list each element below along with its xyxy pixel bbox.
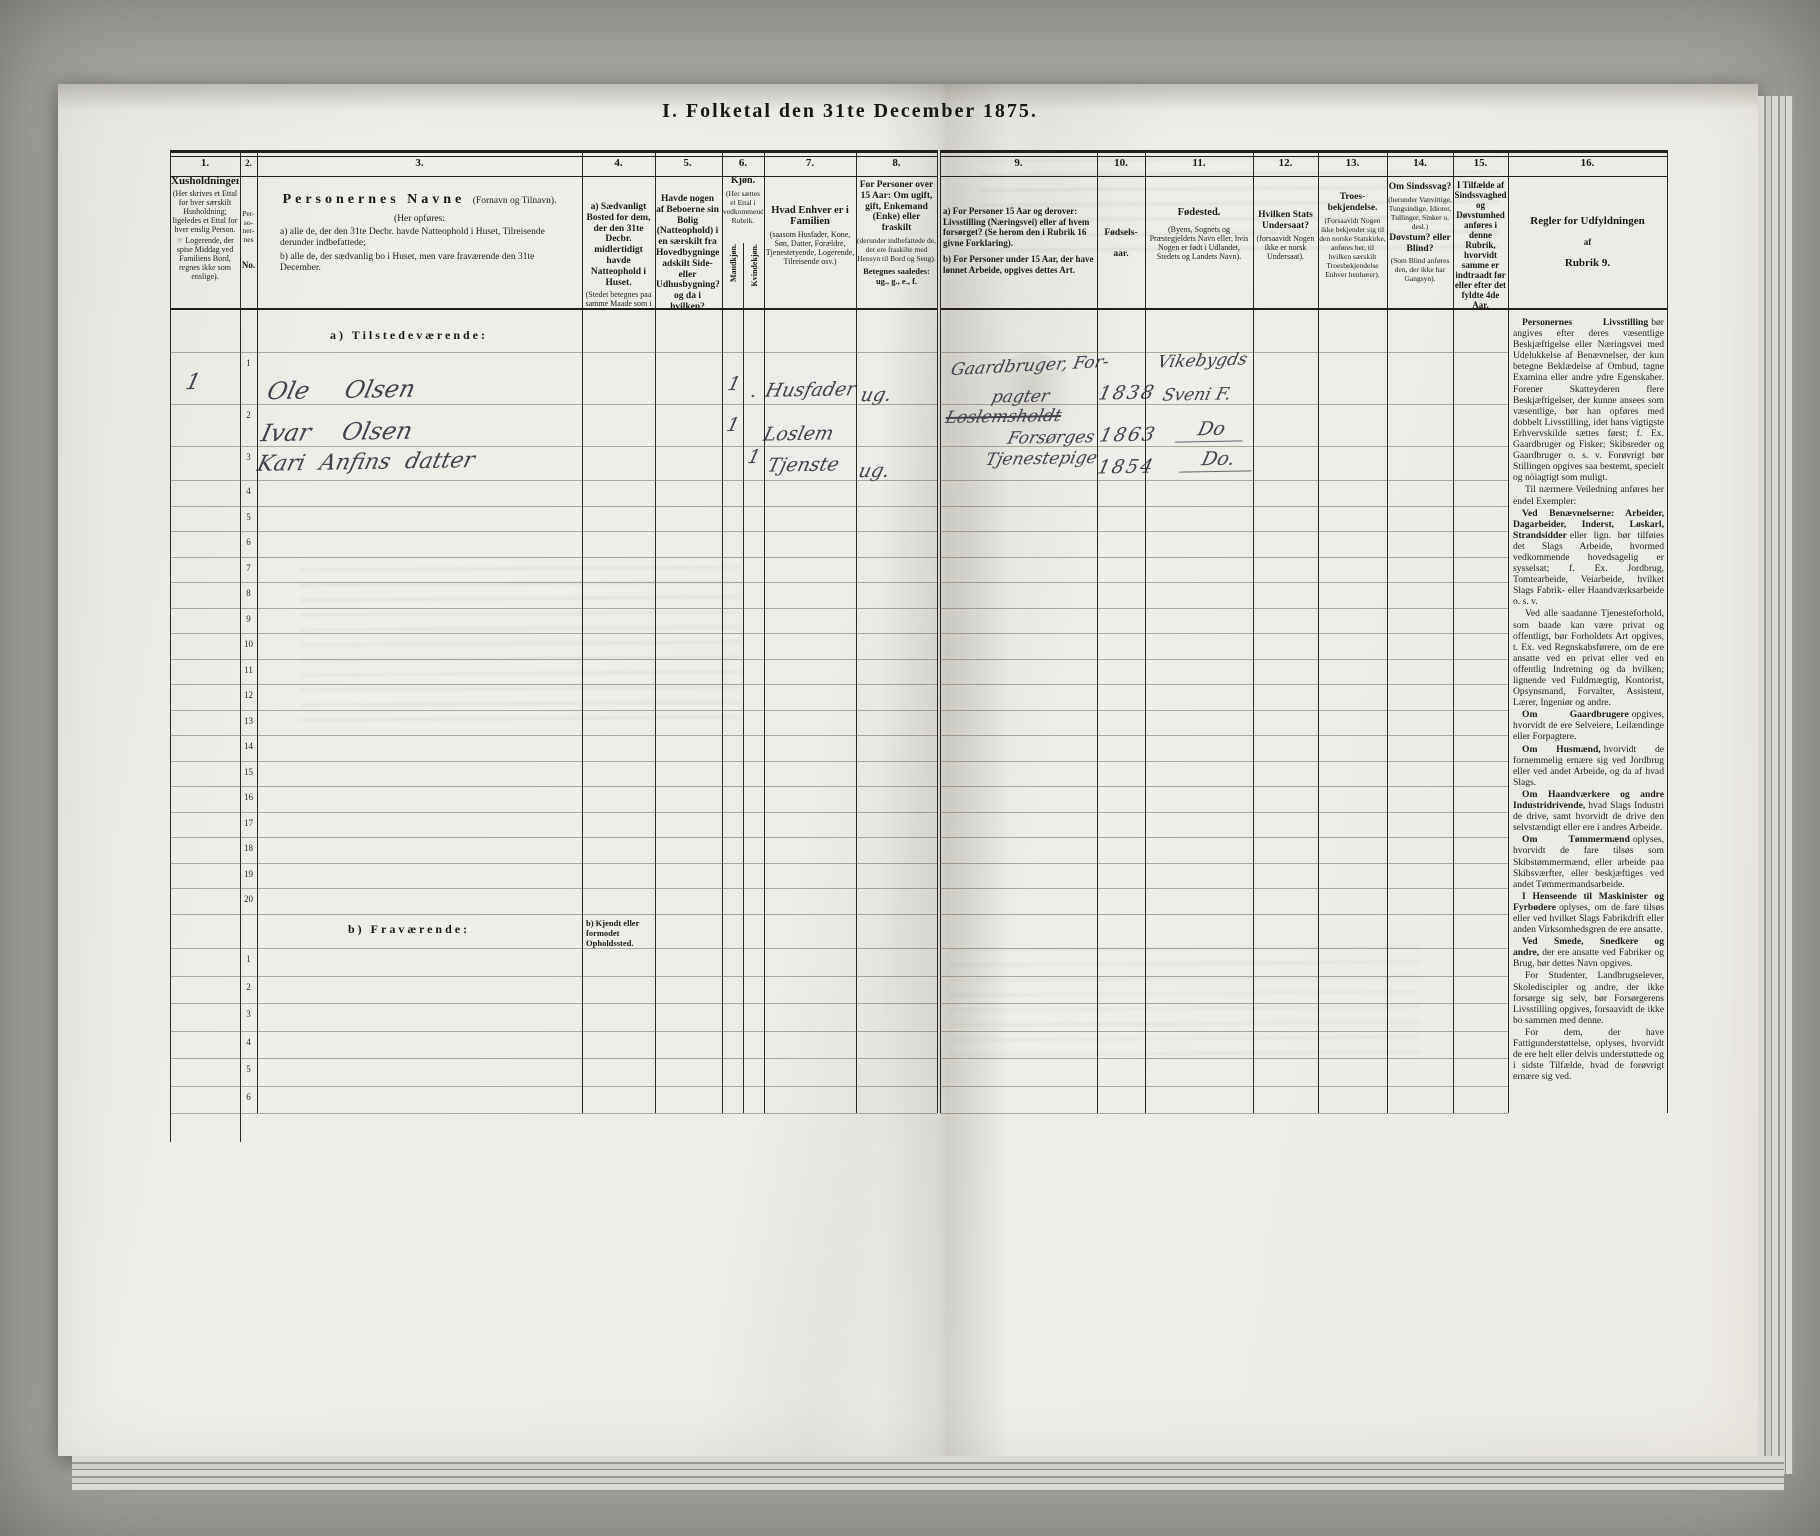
row-line: [940, 531, 1508, 532]
row-line: [170, 1003, 937, 1004]
top-rule: [170, 150, 937, 153]
top-rule-thin: [940, 156, 1667, 157]
header-bottom-rule: [170, 308, 937, 310]
col-number: 13.: [1318, 150, 1387, 176]
vertical-rule: [1387, 150, 1388, 1113]
col-number: 12.: [1253, 150, 1318, 176]
col-number: 8.: [856, 150, 937, 176]
col-note: (forsaavidt Nogen ikke er norsk Undersaa…: [1254, 234, 1317, 261]
row-number: 10: [240, 639, 257, 649]
col-number: 15.: [1453, 150, 1508, 176]
row-line: [940, 506, 1508, 507]
col-number: 7.: [764, 150, 856, 176]
col-subtitle: (Fornavn og Tilnavn).: [473, 196, 557, 206]
row-number: 1: [240, 954, 257, 964]
row-number: 11: [240, 665, 257, 675]
col-stats-undersaat: 12. Hvilken Stats Undersaat? (forsaavidt…: [1253, 150, 1318, 310]
col-title: Hvilken Stats Undersaat?: [1254, 210, 1317, 232]
col-item-a: a) alle de, der den 31te Decbr. havde Na…: [280, 227, 573, 249]
rules-paragraph: Om Tømmermændoplyses, hvorvidt de fare t…: [1513, 834, 1664, 889]
vertical-rule: [655, 150, 656, 1113]
kvindekjon-label: Kvindekjøn.: [744, 244, 763, 286]
col-note: (Her sættes et Ettal i vedkommende Rubri…: [723, 189, 763, 225]
col-number: 14.: [1387, 150, 1453, 176]
rules-paragraph: Om Husmænd,hvorvidt de fornemmelig ernær…: [1513, 744, 1664, 788]
section-a-label: a) Tilstedeværende:: [330, 328, 488, 343]
col-number: 10.: [1097, 150, 1145, 176]
row-line: [940, 1031, 1508, 1032]
row-line: [940, 976, 1508, 977]
col-saedvanligt-bosted: 4. a) Sædvanligt Bosted for dem, der den…: [582, 150, 655, 310]
mandkjon-label: Mandkjøn.: [723, 244, 744, 282]
entry-marital-status: ug.: [858, 384, 894, 407]
row-line: [170, 976, 937, 977]
col-number: 6.: [722, 150, 764, 176]
row-line: [170, 1086, 937, 1087]
entry-family-position: Husfader: [763, 378, 858, 402]
row-line: [940, 1058, 1508, 1059]
col-regler: 16. Regler for Udfyldningen af Rubrik 9.: [1508, 150, 1667, 310]
col-number: 11.: [1145, 150, 1253, 176]
row-line: [170, 761, 937, 762]
col-personernes-no: 2. Per- so- ner- nes No.: [240, 150, 257, 310]
col-note: (herunder Vanvittige, Tungsindige, Idiot…: [1388, 195, 1452, 231]
col-title: Fødsels-: [1098, 228, 1144, 239]
col-title2: af: [1509, 237, 1666, 248]
col-title: Om Sindssvag?: [1388, 182, 1452, 193]
entry-birthplace-line2: Sveni F.: [1161, 384, 1234, 405]
row-line: [170, 888, 937, 889]
row-line: [940, 557, 1508, 558]
row-line: [940, 582, 1508, 583]
col-personernes-navne: 3. Personernes Navne (Fornavn og Tilnavn…: [257, 150, 582, 310]
page-stack-bottom-edge: [72, 1456, 1784, 1492]
col-tilfaelde-sindssvaghed: 15. I Tilfælde af Sindssvaghed og Døvstu…: [1453, 150, 1508, 310]
row-line: [170, 506, 937, 507]
row-number: 3: [240, 1009, 257, 1019]
col-note2: ☞ Logerende, der spise Middag ved Famili…: [171, 236, 239, 281]
entry-marital-status: ug.: [856, 460, 892, 483]
col-title: Personernes Navne (Fornavn og Tilnavn).: [258, 192, 581, 208]
col-note: (derunder indbefattede de, der ere frask…: [857, 236, 936, 263]
col-note: (Byens, Sognets og Præstegjeldets Navn e…: [1146, 225, 1252, 261]
col-note: (saasom Husfader, Kone, Søn, Datter, For…: [765, 230, 855, 266]
row-line: [940, 633, 1508, 634]
row-number: 2: [240, 982, 257, 992]
col-title3: Rubrik 9.: [1509, 258, 1666, 269]
col-note: (Stedet betegnes paa samme Maade som i R…: [583, 290, 654, 308]
vertical-rule: [1453, 150, 1454, 1113]
row-number: 6: [240, 537, 257, 547]
row-line: [170, 480, 937, 481]
rules-paragraph: I Henseende til Maskinister og Fyrbødere…: [1513, 891, 1664, 935]
row-line: [170, 948, 937, 949]
row-number: 7: [240, 563, 257, 573]
rules-paragraph: Om Gaardbrugereopgives, hvorvidt de ere …: [1513, 709, 1664, 742]
col-title2: Døvstum? eller Blind?: [1388, 233, 1452, 255]
col-sindssvag-dovstum-blind: 14. Om Sindssvag? (herunder Vanvittige, …: [1387, 150, 1453, 310]
row-number: 8: [240, 588, 257, 598]
subcol-kvindekjon: Kvindekjøn.: [744, 244, 763, 306]
vertical-rule: [937, 150, 938, 1113]
no-label: No.: [241, 260, 256, 270]
row-number: 5: [240, 1064, 257, 1074]
entry-name: Ole Olsen: [264, 375, 418, 406]
row-number: 17: [240, 818, 257, 828]
entry-family-position: Loslem: [761, 422, 836, 445]
row-line: [170, 557, 937, 558]
bleedthrough-smudge: [299, 553, 740, 721]
row-line: [940, 863, 1508, 864]
col-item-b: b) alle de, der sædvanlig bo i Huset, me…: [280, 252, 573, 274]
scanned-census-page: I. Folketal den 31te December 1875. 1. X…: [0, 0, 1820, 1536]
vertical-rule: [170, 150, 171, 1142]
row-line: [940, 352, 1508, 353]
row-line: [170, 710, 937, 711]
col-title2: bekjendelse.: [1319, 203, 1386, 214]
row-line: [170, 684, 937, 685]
row-line: [940, 1003, 1508, 1004]
row-number: 19: [240, 869, 257, 879]
row-number: 6: [240, 1092, 257, 1102]
vertical-rule: [764, 150, 765, 1113]
col-title: Fødested.: [1146, 208, 1252, 219]
col-note: (Her skrives et Ettal for hver særskilt …: [171, 189, 239, 234]
vertical-rule: [743, 243, 744, 1113]
vertical-rule: [582, 150, 583, 1113]
row-line: [940, 608, 1508, 609]
col-number: 9.: [940, 150, 1097, 176]
col-husholdninger: 1. Xusholdninger. (Her skrives et Ettal …: [170, 150, 240, 310]
col-title: Troes-: [1319, 192, 1386, 203]
vertical-rule: [1097, 150, 1098, 1113]
page-title: I. Folketal den 31te December 1875.: [620, 100, 1080, 123]
page-stack-right-edge: [1758, 96, 1794, 1474]
row-line: [940, 837, 1508, 838]
col-number: 1.: [170, 150, 240, 176]
col-foot: Betegnes saaledes: ug., g., e., f.: [857, 266, 936, 286]
col-title2: aar.: [1098, 249, 1144, 260]
row-line: [940, 684, 1508, 685]
col-title: Hvad Enhver er i Familien: [765, 206, 855, 228]
vertical-rule: [856, 150, 857, 1113]
col-title: Havde nogen af Beboerne sin Bolig (Natte…: [656, 194, 719, 308]
col-number: 5.: [655, 150, 720, 176]
entry-name: Ivar Olsen: [258, 417, 415, 448]
row-line: [940, 710, 1508, 711]
subcol-mandkjon: Mandkjøn.: [723, 244, 744, 306]
entry-birthplace-ditto: Do.: [1179, 447, 1257, 472]
rules-paragraph: Ved alle saadanne Tjenesteforhold, som b…: [1513, 608, 1664, 708]
row-line: [170, 735, 937, 736]
row-number: 2: [240, 410, 257, 420]
entry-birth-year: 1854: [1095, 456, 1157, 479]
rules-text-column: Personernes Livsstillingbør angives efte…: [1513, 317, 1664, 1111]
row-line: [940, 1086, 1508, 1087]
col-civilstand: 8. For Personer over 15 Aar: Om ugift, g…: [856, 150, 937, 310]
rules-paragraph: For Studenter, Landbrugselever, Skoledis…: [1513, 970, 1664, 1025]
row-line: [940, 786, 1508, 787]
entry-occupation: Tjenestepige: [983, 448, 1099, 470]
row-line: [170, 582, 937, 583]
vertical-label-part: nes: [241, 236, 256, 245]
col-side-udhusbygning: 5. Havde nogen af Beboerne sin Bolig (Na…: [655, 150, 720, 310]
row-number: 20: [240, 894, 257, 904]
row-line: [940, 888, 1508, 889]
row-number: 1: [240, 358, 257, 368]
col-number: 16.: [1508, 150, 1667, 176]
col-fodested: 11. Fødested. (Byens, Sognets og Præsteg…: [1145, 150, 1253, 310]
row-line: [170, 352, 937, 353]
row-line: [170, 659, 937, 660]
col-intro: (Her opføres:: [258, 214, 581, 224]
col-note: (Forsaavidt Nogen ikke bekjender sig til…: [1319, 216, 1386, 279]
col-title: Kjøn.: [723, 176, 763, 187]
col-title: Xusholdninger.: [171, 176, 239, 187]
section-b-label: b) Fraværende:: [348, 922, 470, 937]
col-title: a) Sædvanligt Bosted for dem, der den 31…: [583, 202, 654, 288]
entry-name: Kari Anfins datter: [255, 448, 477, 477]
row-line: [940, 761, 1508, 762]
header-bottom-rule: [940, 308, 1667, 310]
row-number: 12: [240, 690, 257, 700]
col-number: 3.: [257, 150, 582, 176]
entry-birthplace-ditto: Do: [1175, 417, 1248, 442]
vertical-rule: [1508, 150, 1509, 1113]
col-fodselsaar: 10. Fødsels- aar.: [1097, 150, 1145, 310]
row-line: [170, 914, 937, 915]
row-number: 14: [240, 741, 257, 751]
row-line: [170, 837, 937, 838]
number-row-rule: [940, 176, 1667, 177]
row-line: [170, 633, 937, 634]
entry-birth-year: 1838: [1096, 382, 1158, 405]
vertical-rule: [1667, 150, 1668, 1113]
col-note2: (Som Blind anføres den, der ikke har Gan…: [1388, 256, 1452, 283]
row-line: [170, 786, 937, 787]
col-number: 2.: [240, 150, 257, 176]
row-line: [940, 948, 1508, 949]
top-rule-thin: [170, 156, 937, 157]
row-number: 3: [240, 452, 257, 462]
rules-paragraph: Ved Smede, Snedkere og andre,der ere ans…: [1513, 936, 1664, 969]
bleedthrough-smudge: [950, 933, 1421, 1056]
col-item-a: a) For Personer 15 Aar og derover: Livss…: [943, 206, 1094, 248]
row-line: [940, 480, 1508, 481]
vertical-rule: [1253, 150, 1254, 1113]
rules-paragraph: Ved Benævnelserne: Arbeider, Dagarbeider…: [1513, 508, 1664, 608]
col-title: I Tilfælde af Sindssvaghed og Døvstumhed…: [1454, 180, 1507, 308]
row-number: 4: [240, 1037, 257, 1047]
rules-paragraph: For dem, der have Fattigunderstøttelse, …: [1513, 1027, 1664, 1082]
row-line: [940, 812, 1508, 813]
row-line: [940, 735, 1508, 736]
entry-family-position: Tjenste: [765, 453, 841, 476]
row-line: [940, 914, 1508, 915]
row-number: 16: [240, 792, 257, 802]
rules-paragraph: Om Haandværkere og andre Industridrivend…: [1513, 789, 1664, 833]
row-number: 4: [240, 486, 257, 496]
row-line: [170, 1031, 937, 1032]
row-line: [940, 1113, 1508, 1114]
row-line: [170, 863, 937, 864]
row-number: 15: [240, 767, 257, 777]
row-line: [940, 446, 1508, 447]
row-number: 9: [240, 614, 257, 624]
row-line: [170, 812, 937, 813]
row-line: [170, 446, 937, 447]
col-number: 4.: [582, 150, 655, 176]
vertical-rule: [257, 150, 258, 1113]
row-line: [170, 1058, 937, 1059]
col-title: Regler for Udfyldningen: [1509, 216, 1666, 227]
rules-paragraph: Personernes Livsstillingbør angives efte…: [1513, 317, 1664, 483]
row-line: [170, 531, 937, 532]
entry-occupation-struck: Loslemsholdt: [943, 406, 1063, 428]
vertical-rule: [940, 150, 941, 1113]
row-line: [170, 608, 937, 609]
col-title: For Personer over 15 Aar: Om ugift, gift…: [857, 180, 936, 234]
vertical-rule: [722, 150, 723, 1113]
rules-paragraph: Til nærmere Veiledning anføres her endel…: [1513, 484, 1664, 506]
row-number: 13: [240, 716, 257, 726]
col-item-b: b) For Personer under 15 Aar, der have l…: [943, 254, 1094, 275]
col-livsstilling: 9. a) For Personer 15 Aar og derover: Li…: [940, 150, 1097, 310]
vertical-rule: [1318, 150, 1319, 1113]
number-row-rule: [170, 176, 937, 177]
section-b-note: b) Kjendt eller formodet Opholdssted.: [586, 918, 664, 948]
row-number: 18: [240, 843, 257, 853]
vertical-rule: [1145, 150, 1146, 1113]
top-rule: [940, 150, 1667, 153]
entry-birth-year: 1863: [1097, 424, 1159, 447]
row-line: [940, 404, 1508, 405]
row-line: [170, 404, 937, 405]
row-line: [170, 1113, 937, 1114]
col-troesbekjendelse: 13. Troes- bekjendelse. (Forsaavidt Noge…: [1318, 150, 1387, 310]
row-line: [940, 659, 1508, 660]
row-number: 5: [240, 512, 257, 522]
col-stilling-i-familien: 7. Hvad Enhver er i Familien (saasom Hus…: [764, 150, 856, 310]
